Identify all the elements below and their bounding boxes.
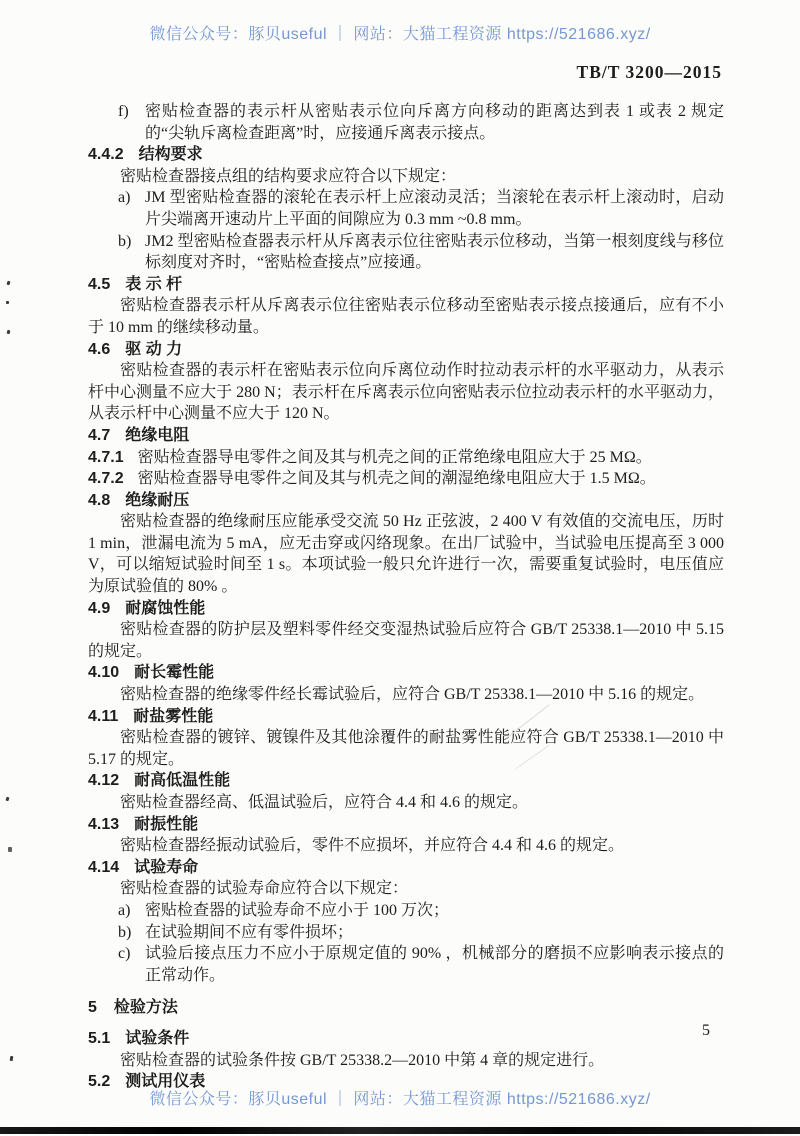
body-text: 密贴检查器经振动试验后，零件不应损坏，并应符合 4.4 和 4.6 的规定。 — [120, 837, 624, 854]
section-title: 试验寿命 — [134, 859, 198, 876]
section-heading: 4.6驱 动 力 — [88, 339, 724, 361]
paragraph: 密贴检查器接点组的结构要求应符合以下规定： — [88, 166, 724, 188]
section-title: 绝缘电阻 — [125, 427, 189, 444]
body-text: 密贴检查器的防护层及塑料零件经交变湿热试验后应符合 GB/T 25338.1—2… — [88, 621, 724, 660]
section-number: 4.7.2 — [88, 470, 124, 487]
body-text: JM2 型密贴检查器表示杆从斥离表示位往密贴表示位移动，当第一根刻度线与移位标刻… — [145, 233, 724, 272]
section-number: 4.5 — [88, 276, 110, 293]
section-heading: 4.5表 示 杆 — [88, 274, 724, 296]
body-text: 密贴检查器的绝缘耐压应能承受交流 50 Hz 正弦波，2 400 V 有效值的交… — [88, 513, 724, 595]
body-text: 在试验期间不应有零件损坏； — [145, 924, 353, 941]
paragraph: 密贴检查器表示杆从斥离表示位往密贴表示位移动至密贴表示接点接通后，应有不小于 1… — [88, 295, 724, 338]
body-text: 密贴检查器经高、低温试验后，应符合 4.4 和 4.6 的规定。 — [120, 794, 528, 811]
body-text: 密贴检查器的试验条件按 GB/T 25338.2—2010 中第 4 章的规定进… — [120, 1052, 604, 1069]
section-heading: 4.4.2结构要求 — [88, 144, 724, 166]
content: f)密贴检查器的表示杆从密贴表示位向斥离方向移动的距离达到表 1 或表 2 规定… — [88, 101, 724, 1093]
section-number: 4.10 — [88, 664, 119, 681]
section-number: 5 — [88, 999, 97, 1016]
section-heading: 4.11耐盐雾性能 — [88, 706, 724, 728]
section-title: 耐腐蚀性能 — [125, 600, 205, 617]
section-heading: 4.13耐振性能 — [88, 814, 724, 836]
list-marker: a) — [118, 187, 130, 209]
list-marker: f) — [118, 101, 129, 123]
scan-speck — [5, 797, 9, 802]
section-title: 驱 动 力 — [125, 341, 182, 358]
list-item: b)在试验期间不应有零件损坏； — [88, 922, 724, 944]
section-number: 4.8 — [88, 492, 110, 509]
section-title: 耐高低温性能 — [134, 772, 230, 789]
body-text: 密贴检查器的镀锌、镀镍件及其他涂覆件的耐盐雾性能应符合 GB/T 25338.1… — [88, 729, 724, 768]
section-number: 4.9 — [88, 600, 110, 617]
list-marker: b) — [118, 922, 131, 944]
section-heading: 4.12耐高低温性能 — [88, 770, 724, 792]
section-title: 表 示 杆 — [125, 276, 182, 293]
section-title: 耐长霉性能 — [134, 664, 214, 681]
scan-speck — [8, 847, 12, 852]
body-text: 密贴检查器导电零件之间及其与机壳之间的潮湿绝缘电阻应大于 1.5 MΩ。 — [138, 470, 656, 487]
scan-edge-bar — [0, 1127, 800, 1134]
paragraph: 密贴检查器的镀锌、镀镍件及其他涂覆件的耐盐雾性能应符合 GB/T 25338.1… — [88, 727, 724, 770]
paragraph: 密贴检查器的表示杆在密贴表示位向斥离位动作时拉动表示杆的水平驱动力，从表示杆中心… — [88, 360, 724, 425]
list-marker: a) — [118, 900, 130, 922]
section-number: 4.4.2 — [88, 146, 124, 163]
section-heading: 4.10耐长霉性能 — [88, 662, 724, 684]
scan-speck — [6, 281, 10, 286]
body-text: 密贴检查器的试验寿命不应小于 100 万次； — [145, 902, 449, 919]
list-item: f)密贴检查器的表示杆从密贴表示位向斥离方向移动的距离达到表 1 或表 2 规定… — [88, 101, 724, 144]
paragraph: 密贴检查器的试验条件按 GB/T 25338.2—2010 中第 4 章的规定进… — [88, 1050, 724, 1072]
list-item: a)JM 型密贴检查器的滚轮在表示杆上应滚动灵活；当滚轮在表示杆上滚动时，启动片… — [88, 187, 724, 230]
body-text: 试验后接点压力不应小于原规定值的 90% ，机械部分的磨损不应影响表示接点的正常… — [145, 945, 724, 984]
section-title: 结构要求 — [139, 146, 203, 163]
list-item: a)密贴检查器的试验寿命不应小于 100 万次； — [88, 900, 724, 922]
paragraph: 密贴检查器的绝缘耐压应能承受交流 50 Hz 正弦波，2 400 V 有效值的交… — [88, 511, 724, 597]
section-heading: 4.8绝缘耐压 — [88, 490, 724, 512]
section-heading: 4.14试验寿命 — [88, 857, 724, 879]
watermark-bottom: 微信公众号：豚贝useful ｜ 网站：大猫工程资源 https://52168… — [0, 1086, 800, 1109]
list-marker: b) — [118, 231, 131, 253]
body-text: 密贴检查器表示杆从斥离表示位往密贴表示位移动至密贴表示接点接通后，应有不小于 1… — [88, 297, 724, 336]
doc-number: TB/T 3200—2015 — [577, 62, 722, 83]
section-heading: 4.7绝缘电阻 — [88, 425, 724, 447]
scan-speck — [6, 301, 9, 304]
section-title: 检验方法 — [114, 999, 178, 1016]
clause: 4.7.2密贴检查器导电零件之间及其与机壳之间的潮湿绝缘电阻应大于 1.5 MΩ… — [88, 468, 724, 490]
section-number: 4.11 — [88, 708, 118, 725]
body-text: 密贴检查器的试验寿命应符合以下规定： — [120, 880, 408, 897]
section-number: 4.7.1 — [88, 449, 124, 466]
section-title: 绝缘耐压 — [125, 492, 189, 509]
list-item: b)JM2 型密贴检查器表示杆从斥离表示位往密贴表示位移动，当第一根刻度线与移位… — [88, 231, 724, 274]
section-number: 4.14 — [88, 859, 119, 876]
page-number: 5 — [702, 1022, 710, 1040]
body-text: 密贴检查器导电零件之间及其与机壳之间的正常绝缘电阻应大于 25 MΩ。 — [138, 449, 652, 466]
body-text: 密贴检查器的绝缘零件经长霉试验后，应符合 GB/T 25338.1—2010 中… — [120, 686, 704, 703]
body-text: JM 型密贴检查器的滚轮在表示杆上应滚动灵活；当滚轮在表示杆上滚动时，启动片尖端… — [145, 189, 724, 228]
section-title: 试验条件 — [125, 1030, 189, 1047]
scan-speck — [7, 330, 11, 335]
paragraph: 密贴检查器的绝缘零件经长霉试验后，应符合 GB/T 25338.1—2010 中… — [88, 684, 724, 706]
section-heading: 4.9耐腐蚀性能 — [88, 598, 724, 620]
section-number: 4.13 — [88, 816, 119, 833]
section-number: 4.6 — [88, 341, 110, 358]
section-heading: 5.1试验条件 — [88, 1028, 724, 1050]
paragraph: 密贴检查器的防护层及塑料零件经交变湿热试验后应符合 GB/T 25338.1—2… — [88, 619, 724, 662]
section-number: 4.7 — [88, 427, 110, 444]
watermark-top: 微信公众号：豚贝useful ｜ 网站：大猫工程资源 https://52168… — [0, 21, 800, 44]
paragraph: 密贴检查器的试验寿命应符合以下规定： — [88, 878, 724, 900]
list-item: c)试验后接点压力不应小于原规定值的 90% ，机械部分的磨损不应影响表示接点的… — [88, 943, 724, 986]
scan-speck — [10, 1056, 14, 1061]
section-title: 耐盐雾性能 — [133, 708, 213, 725]
document-page: 微信公众号：豚贝useful ｜ 网站：大猫工程资源 https://52168… — [0, 0, 800, 1136]
paragraph: 密贴检查器经高、低温试验后，应符合 4.4 和 4.6 的规定。 — [88, 792, 724, 814]
section-number: 4.12 — [88, 772, 119, 789]
body-text: 密贴检查器的表示杆从密贴表示位向斥离方向移动的距离达到表 1 或表 2 规定的“… — [145, 103, 724, 142]
paragraph: 密贴检查器经振动试验后，零件不应损坏，并应符合 4.4 和 4.6 的规定。 — [88, 835, 724, 857]
chapter-heading: 5检验方法 — [88, 997, 724, 1019]
clause: 4.7.1密贴检查器导电零件之间及其与机壳之间的正常绝缘电阻应大于 25 MΩ。 — [88, 447, 724, 469]
list-marker: c) — [118, 943, 130, 965]
section-title: 耐振性能 — [134, 816, 198, 833]
body-text: 密贴检查器接点组的结构要求应符合以下规定： — [120, 168, 456, 185]
section-number: 5.1 — [88, 1030, 110, 1047]
body-text: 密贴检查器的表示杆在密贴表示位向斥离位动作时拉动表示杆的水平驱动力，从表示杆中心… — [88, 362, 724, 422]
